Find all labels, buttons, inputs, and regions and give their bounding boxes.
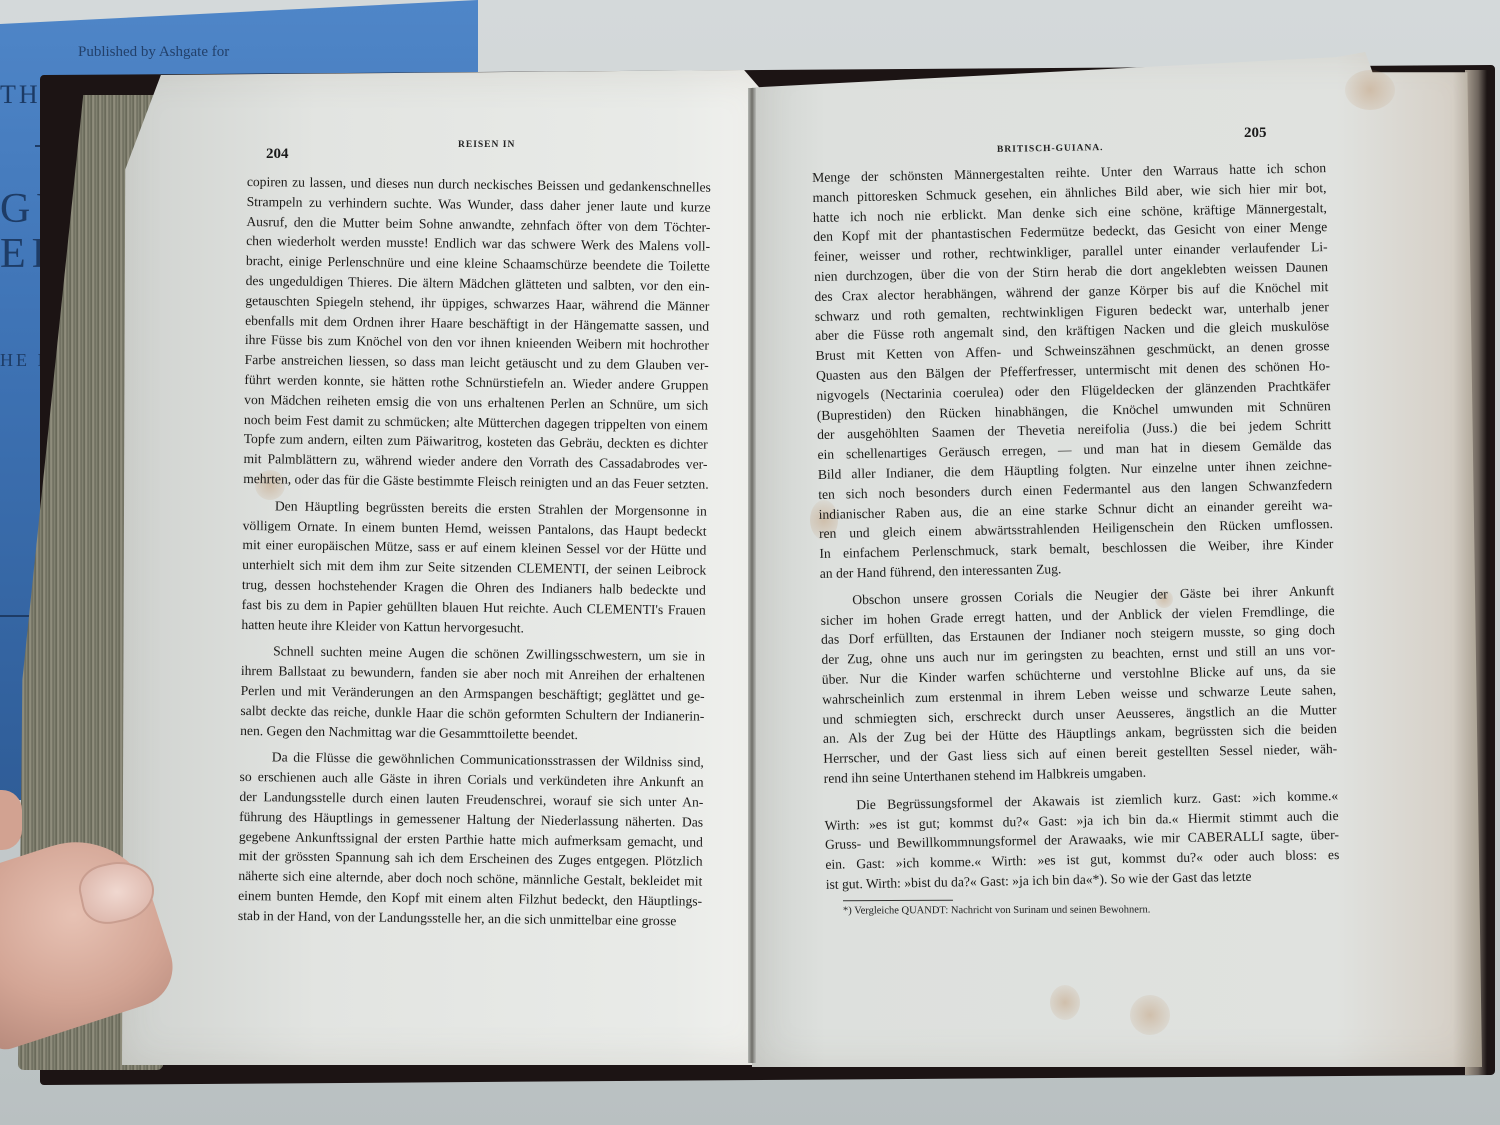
footnote: *) Vergleiche QUANDT: Nachricht von Suri…	[843, 904, 1150, 916]
running-head-right: BRITISCH-GUIANA.	[997, 143, 1104, 155]
foxing-stain	[1050, 985, 1080, 1020]
paragraph: Menge der schönsten Männergestalten reih…	[812, 158, 1334, 584]
paragraph: Den Häuptling begrüssten bereits die ers…	[241, 496, 707, 640]
paragraph: Obschon unsere grossen Corials die Neugi…	[820, 581, 1338, 789]
finger	[0, 790, 22, 850]
paragraph: Die Begrüssungsformel der Akawais ist zi…	[824, 786, 1340, 895]
paragraph: Schnell suchten meine Augen die schönen …	[240, 641, 705, 746]
foxing-stain	[1130, 995, 1170, 1035]
page-number-left: 204	[266, 146, 289, 163]
paragraph: copiren zu lassen, und dieses nun durch …	[243, 172, 711, 494]
book-gutter	[748, 88, 756, 1063]
paragraph: Da die Flüsse die gewöhnlichen Communica…	[238, 747, 704, 931]
page-number-right: 205	[1244, 125, 1267, 142]
left-page-text: copiren zu lassen, und dieses nun durch …	[238, 172, 711, 931]
running-head-left: REISEN IN	[458, 140, 515, 150]
foxing-stain	[1345, 70, 1395, 110]
right-page-text: Menge der schönsten Männergestalten reih…	[812, 158, 1340, 894]
publisher-line: Published by Ashgate for	[78, 44, 229, 61]
